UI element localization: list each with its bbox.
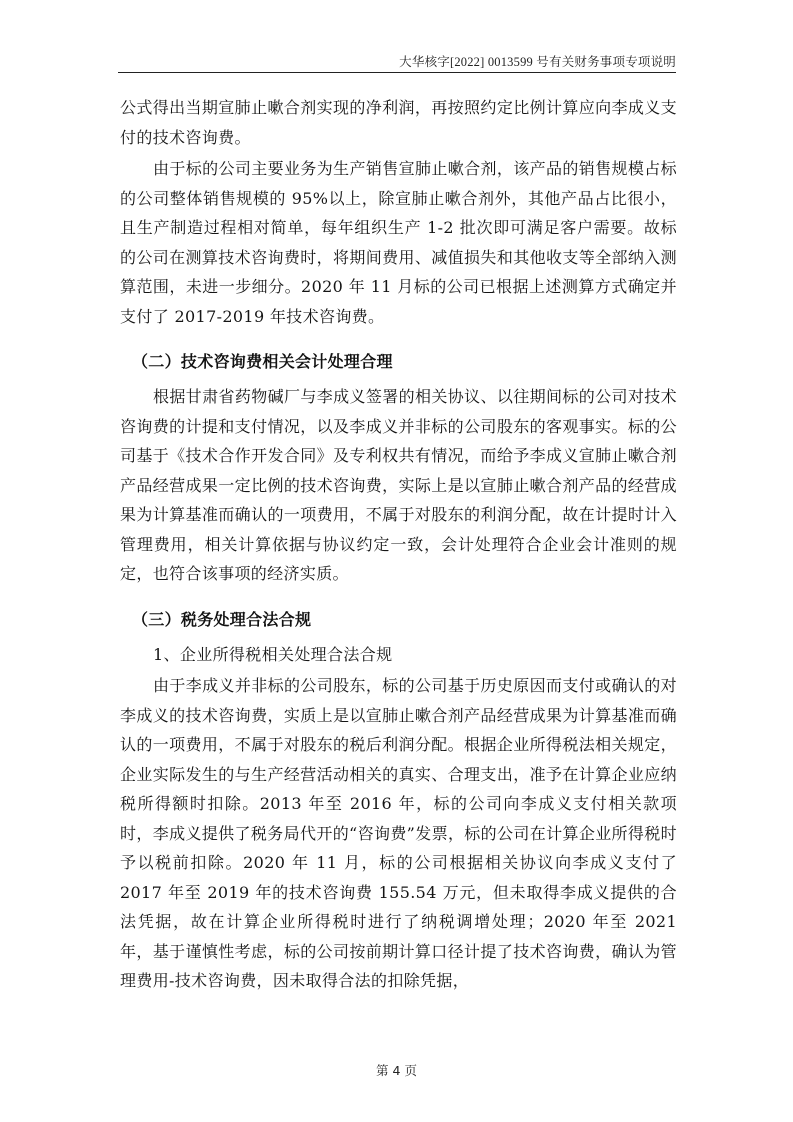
section-heading-2: （二）技术咨询费相关会计处理合理: [120, 347, 677, 376]
document-page: 大华核字[2022] 0013599 号有关财务事项专项说明 公式得出当期宣肺止…: [0, 0, 793, 1122]
page-footer: 第 4 页: [0, 1061, 793, 1079]
paragraph-accounting-treatment: 根据甘肃省药物碱厂与李成义签署的相关协议、以往期间标的公司对技术咨询费的计提和支…: [120, 382, 677, 589]
paragraph-income-tax: 由于李成义并非标的公司股东，标的公司基于历史原因而支付或确认的对李成义的技术咨询…: [120, 671, 677, 996]
subsection-heading-1: 1、企业所得税相关处理合法合规: [120, 640, 677, 670]
page-header: 大华核字[2022] 0013599 号有关财务事项专项说明: [118, 54, 676, 73]
paragraph-continuation: 公式得出当期宣肺止嗽合剂实现的净利润，再按照约定比例计算应向李成义支付的技术咨询…: [120, 93, 677, 152]
section-heading-3: （三）税务处理合法合规: [120, 605, 677, 634]
page-number: 第 4 页: [376, 1063, 417, 1078]
header-title: 大华核字[2022] 0013599 号有关财务事项专项说明: [399, 55, 676, 69]
page-content: 公式得出当期宣肺止嗽合剂实现的净利润，再按照约定比例计算应向李成义支付的技术咨询…: [120, 93, 677, 996]
paragraph-product-scale: 由于标的公司主要业务为生产销售宣肺止嗽合剂，该产品的销售规模占标的公司整体销售规…: [120, 154, 677, 331]
